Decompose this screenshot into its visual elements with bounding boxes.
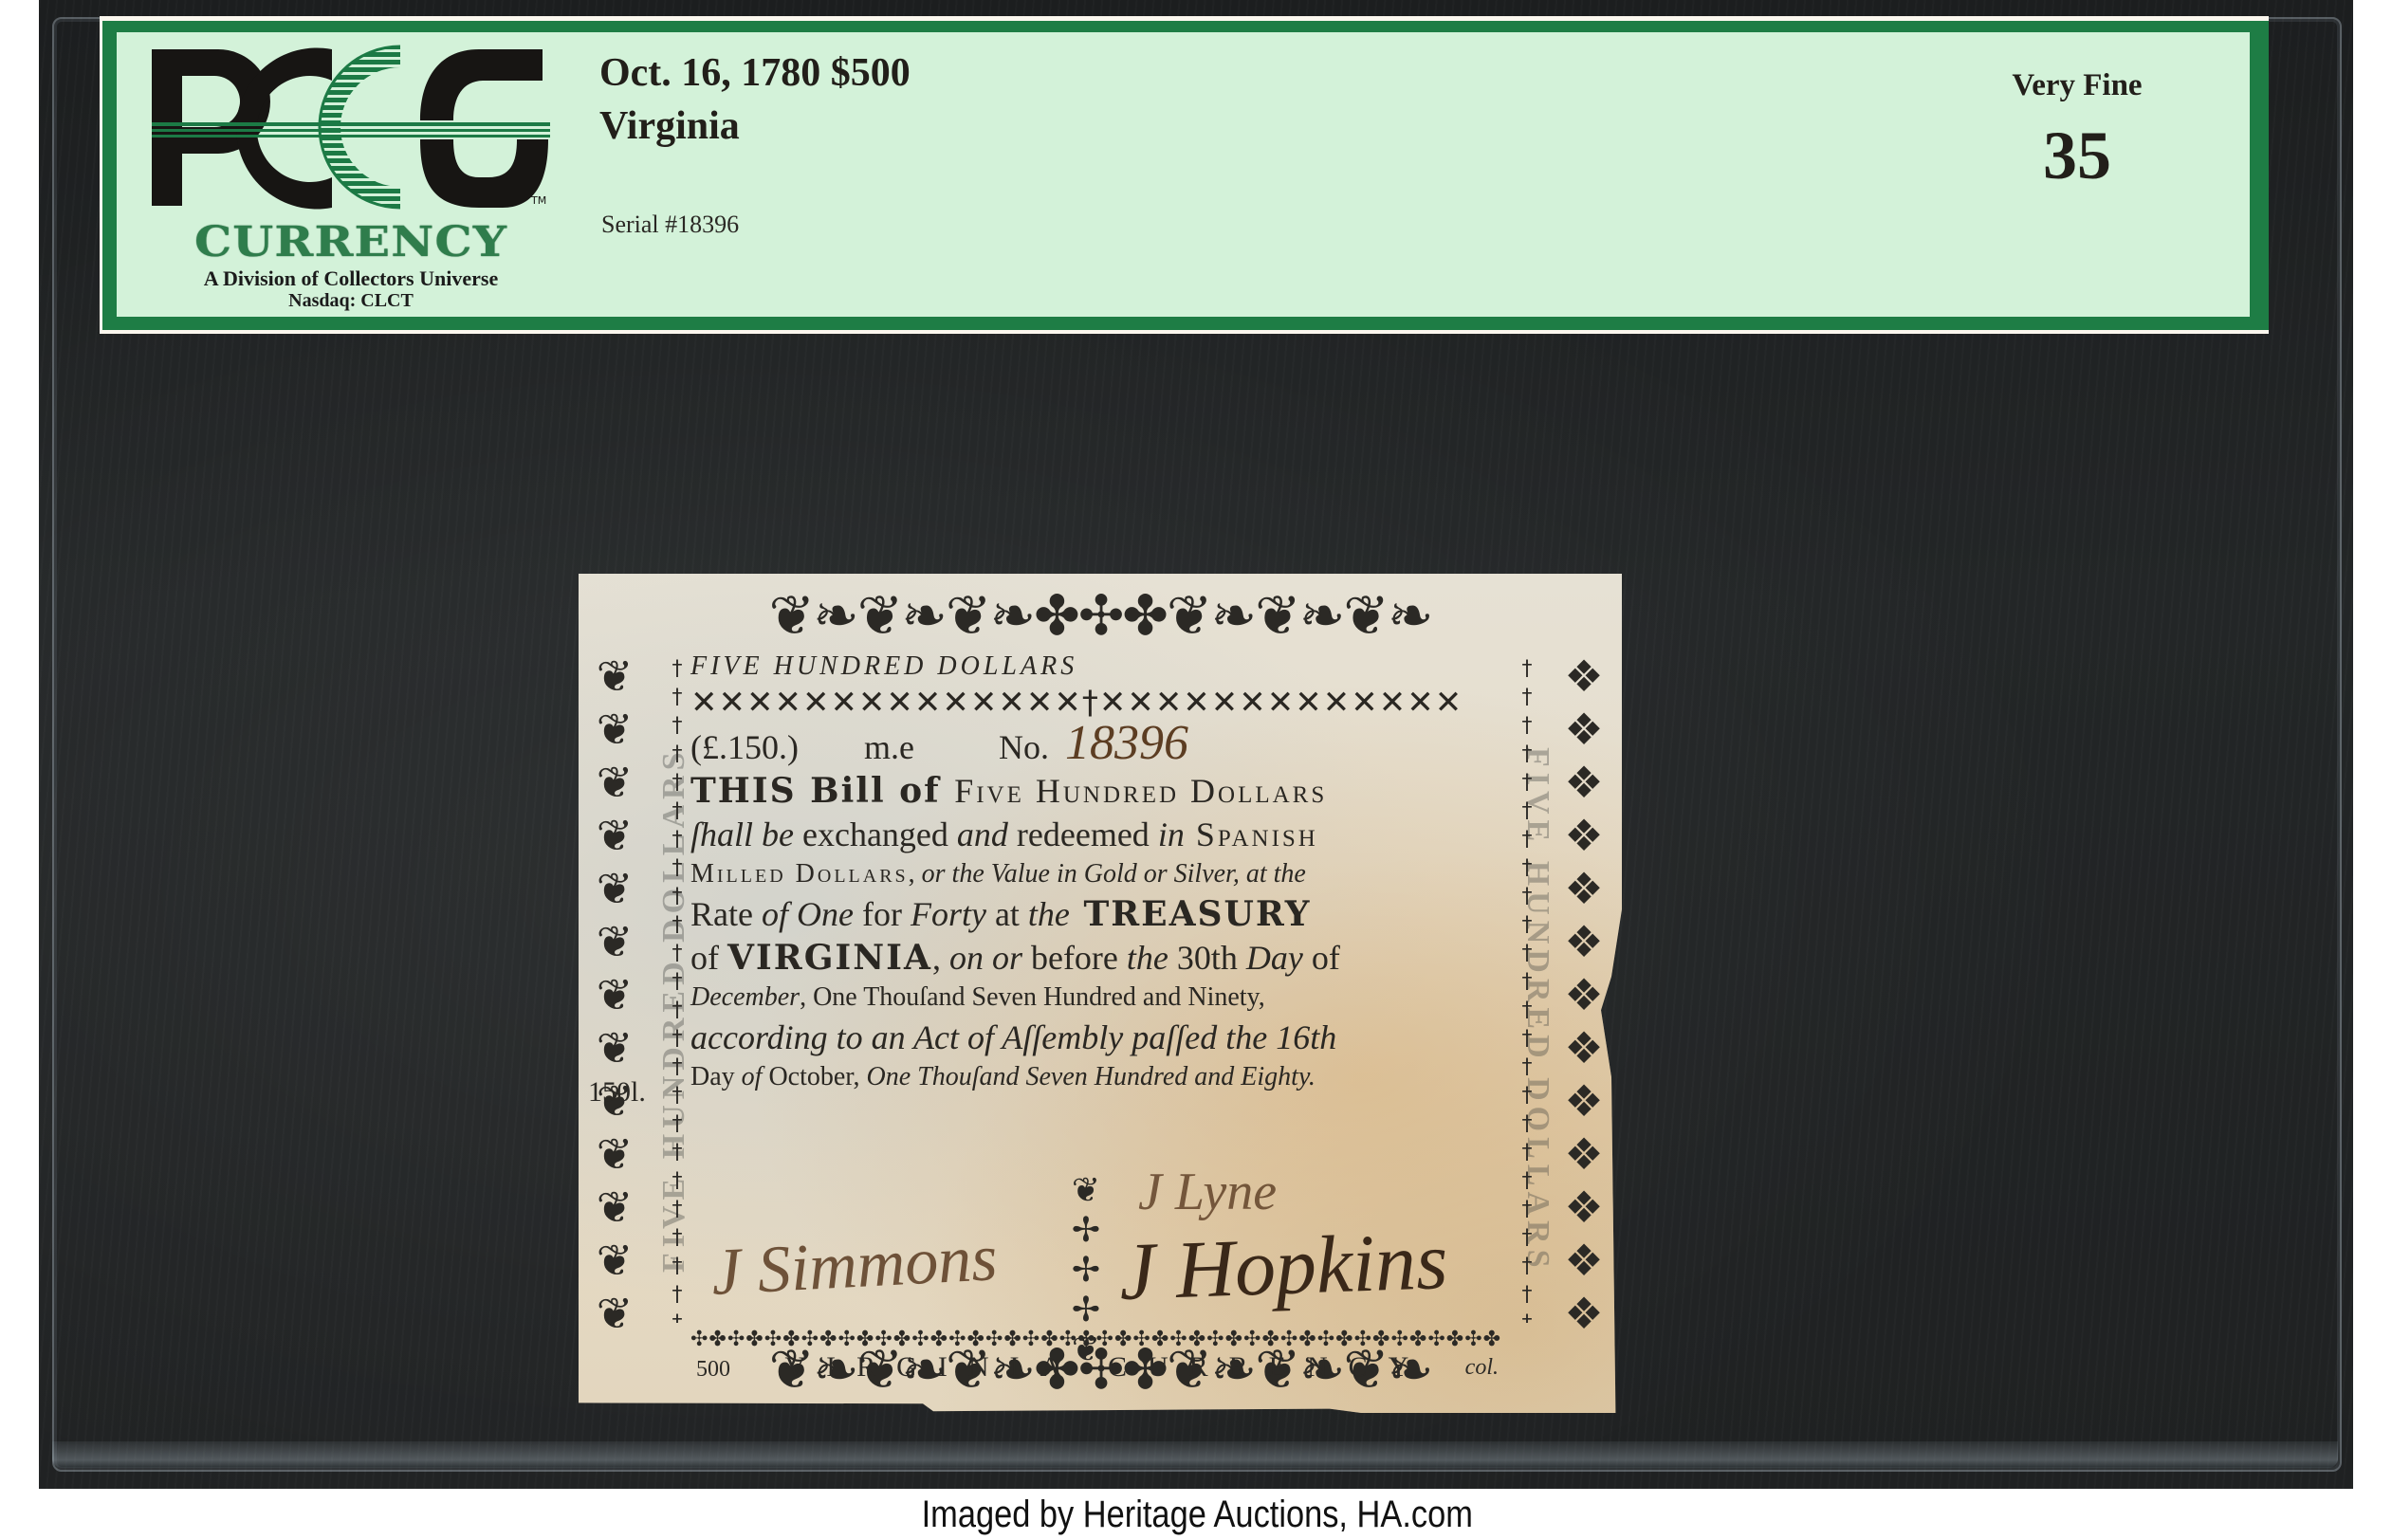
line-5-d: on or	[949, 939, 1022, 977]
line-1-b: Five Hundred Dollars	[954, 772, 1327, 810]
signature-right-top: J Lyne	[1138, 1162, 1277, 1222]
footer-abbrev: col.	[1465, 1351, 1499, 1384]
image-credit-caption: Imaged by Heritage Auctions, HA.com	[169, 1493, 2226, 1536]
line-3-b: ,	[909, 859, 922, 889]
line-4-c: for	[854, 895, 911, 933]
footer-denomination: 500	[696, 1357, 730, 1382]
banknote: ❦❧❦❧❦❧✤✣✤❦❧❦❧❦❧ ❦❧❦❧❦❧✤✣✤❦❧❦❧❦❧ ❦❦❦❦❦❦❦❦…	[579, 574, 1622, 1413]
footer-currency: VIRGINIA CURRENCY	[785, 1351, 1430, 1383]
line-4-f: the	[1028, 895, 1070, 933]
label-serial: Serial #18396	[601, 211, 739, 239]
pcgs-logo-icon: TM	[152, 45, 550, 211]
division-text: A Division of Collectors Universe	[114, 267, 588, 290]
value-line: (£.150.) m.e No. 18396	[690, 722, 1518, 769]
plate-mark: m.e	[864, 728, 914, 766]
signature-left: J Simmons	[709, 1220, 999, 1311]
note-header: FIVE HUNDRED DOLLARS	[690, 650, 1518, 684]
line-5-i: of	[1303, 939, 1340, 977]
line-4-b: of One	[762, 895, 854, 933]
line-3-a: Milled Dollars	[690, 859, 909, 889]
footer-text: 500 VIRGINIA CURRENCY col.	[696, 1351, 1518, 1385]
cross-rule-left: ††††††††††††††††††††††††††	[670, 655, 685, 1323]
line-7-a: according to an Act of Aſſembly paſſed t…	[690, 1018, 1336, 1056]
line-8-a: Day	[690, 1062, 742, 1091]
line-6-b: , One Thouſand Seven Hundred and Ninety,	[800, 982, 1265, 1012]
line-5-c: ,	[932, 939, 949, 977]
line-4-d: Forty	[911, 895, 986, 933]
line-5-f: the	[1127, 939, 1168, 977]
text-line-2: ſhall be exchanged and redeemed in Spani…	[690, 813, 1518, 856]
sterling-value: (£.150.)	[690, 728, 799, 766]
note-state: Virginia	[599, 104, 740, 148]
line-2-d: redeemed	[1008, 816, 1158, 853]
handwritten-serial: 18396	[1065, 716, 1188, 770]
exchange-text: Nasdaq: CLCT	[114, 290, 588, 311]
ornamental-border-top: ❦❧❦❧❦❧✤✣✤❦❧❦❧❦❧	[592, 581, 1609, 650]
line-5-e: before	[1022, 939, 1127, 977]
text-line-7: according to an Act of Aſſembly paſſed t…	[690, 1016, 1518, 1059]
text-line-4: Rate of One for Forty at the TREASURY	[690, 892, 1518, 936]
brand-currency-wordmark: CURRENCY	[128, 220, 574, 266]
svg-text:TM: TM	[530, 194, 546, 207]
text-line-6: December, One Thouſand Seven Hundred and…	[690, 980, 1518, 1016]
line-5-b: VIRGINIA	[727, 938, 932, 978]
line-5-g: 30th	[1168, 939, 1246, 977]
line-2-a: ſhall be	[690, 816, 794, 853]
line-2-f: Spanish	[1185, 816, 1318, 853]
line-3-c: or the Value in Gold or Silver, at the	[922, 859, 1306, 889]
ornamental-border-right: ❖❖❖❖❖❖❖❖❖❖❖❖❖	[1554, 650, 1614, 1329]
note-text-block: FIVE HUNDRED DOLLARS ✕✕✕✕✕✕✕✕✕✕✕✕✕✕†✕✕✕✕…	[690, 650, 1518, 1095]
line-8-c: October,	[762, 1062, 866, 1091]
holder-bottom-lip	[52, 1441, 2338, 1468]
grade-description: Very Fine	[1973, 68, 2181, 103]
text-line-8: Day of October, One Thouſand Seven Hundr…	[690, 1059, 1518, 1095]
line-5-a: of	[690, 939, 727, 977]
line-2-c: and	[957, 816, 1008, 853]
line-4-g: TREASURY	[1070, 894, 1312, 934]
footer-ornament-row: ✣✤✣✤✣✤✣✤✣✤✣✤✣✤✣✤✣✤✣✤✣✤✣✤✣✤✣✤✣✤✣✤✣✤✣✤✣✤✣✤…	[690, 1328, 1518, 1352]
note-title: Oct. 16, 1780 $500	[599, 51, 911, 95]
line-5-h: Day	[1246, 939, 1303, 977]
line-8-b: of	[742, 1062, 763, 1091]
text-line-3: Milled Dollars, or the Value in Gold or …	[690, 856, 1518, 892]
line-2-b: exchanged	[794, 816, 957, 853]
cross-rule-right: ††††††††††††††††††††††††††	[1519, 655, 1535, 1323]
line-6-a: December	[690, 982, 800, 1012]
signature-right: J Hopkins	[1117, 1213, 1449, 1319]
line-1-a: THIS Bill of	[690, 771, 954, 811]
line-4-e: at	[986, 895, 1028, 933]
line-4-a: Rate	[690, 895, 762, 933]
text-line-5: of VIRGINIA, on or before the 30th Day o…	[690, 936, 1518, 980]
line-2-e: in	[1158, 816, 1185, 853]
grade-number: 35	[1973, 119, 2181, 192]
ornamental-border-left: ❦❦❦❦❦❦❦❦❦❦❦❦❦	[584, 650, 645, 1329]
left-denomination: 150l.	[588, 1076, 646, 1109]
text-line-1: THIS Bill of Five Hundred Dollars	[690, 769, 1518, 813]
line-8-d: One Thouſand Seven Hundred and Eighty.	[867, 1062, 1316, 1091]
number-label: No.	[999, 728, 1049, 766]
